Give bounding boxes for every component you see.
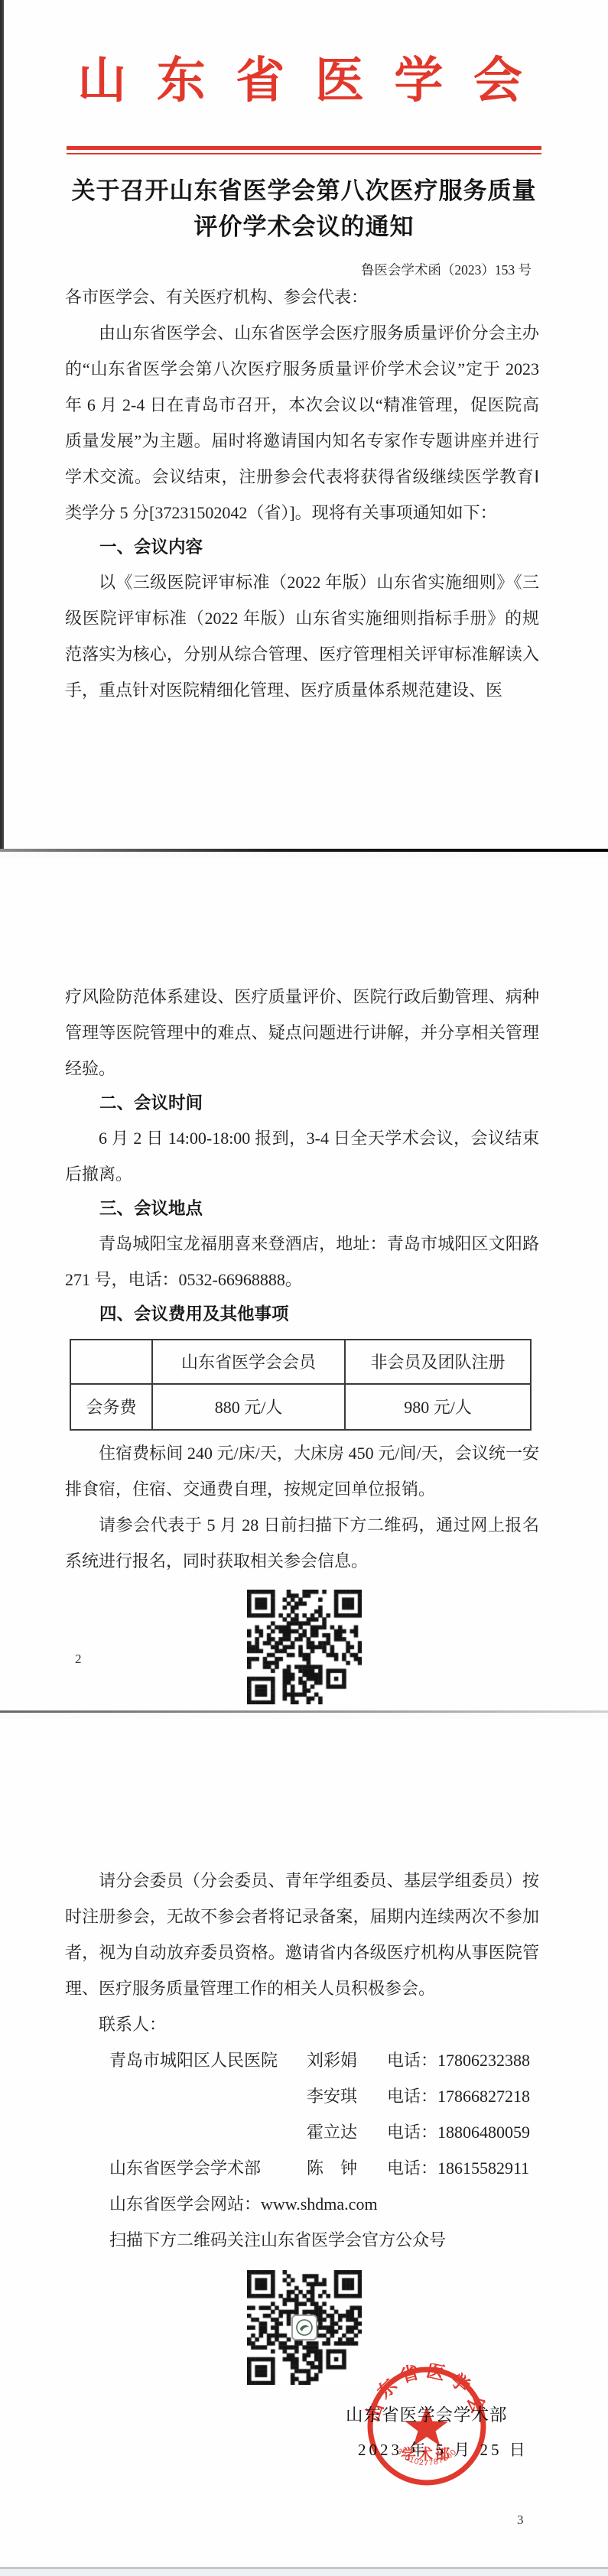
page2-body: 疗风险防范体系建设、医疗质量评价、医院行政后勤管理、病种管理等医院管理中的难点、… <box>0 858 608 1579</box>
contact-row: 李安琪 电话：17866827218 <box>65 2078 539 2114</box>
wechat-qr-caption: 扫描下方二维码关注山东省医学会官方公众号 <box>65 2222 539 2258</box>
registration-qr-code <box>247 1590 362 1704</box>
location-paragraph: 青岛城阳宝龙福朋喜来登酒店，地址：青岛市城阳区文阳路 271 号，电话：0532… <box>65 1226 539 1298</box>
contact-org: 山东省医学会学术部 <box>109 2150 307 2186</box>
time-paragraph: 6 月 2 日 14:00-18:00 报到，3-4 日全天学术会议，会议结束后… <box>65 1120 539 1192</box>
registration-paragraph: 请参会代表于 5 月 28 日前扫描下方二维码，通过网上报名系统进行报名，同时获… <box>65 1507 539 1579</box>
contact-row: 霍立达 电话：18806480059 <box>65 2114 539 2150</box>
contact-org <box>109 2078 307 2114</box>
contacts-label: 联系人： <box>65 2006 539 2042</box>
content-paragraph-part2: 疗风险防范体系建设、医疗质量评价、医院行政后勤管理、病种管理等医院管理中的难点、… <box>65 979 539 1087</box>
section2-heading: 二、会议时间 <box>65 1087 539 1120</box>
fee-table-header-row: 山东省医学会会员 非会员及团队注册 <box>70 1340 531 1384</box>
fee-table-header-nonmember: 非会员及团队注册 <box>345 1340 531 1384</box>
section4-heading: 四、会议费用及其他事项 <box>65 1298 539 1331</box>
section3-heading: 三、会议地点 <box>65 1192 539 1226</box>
page-number-3: 3 <box>517 2513 524 2528</box>
website-line: 山东省医学会网站：www.shdma.com <box>65 2186 539 2222</box>
fee-table: 山东省医学会会员 非会员及团队注册 会务费 880 元/人 980 元/人 <box>70 1339 532 1431</box>
contact-row: 山东省医学会学术部 陈 钟 电话：18615582911 <box>65 2150 539 2186</box>
official-seal: 山东省医学会 学术部 3701027787660 <box>364 2363 489 2489</box>
section1-heading: 一、会议内容 <box>65 531 539 564</box>
fee-table-row-label: 会务费 <box>70 1384 152 1430</box>
fee-table-data-row: 会务费 880 元/人 980 元/人 <box>70 1384 531 1430</box>
page1-bottom-scan-edge <box>0 849 608 852</box>
fee-table-header-member: 山东省医学会会员 <box>152 1340 345 1384</box>
contact-name: 李安琪 <box>307 2078 387 2114</box>
contact-name: 霍立达 <box>307 2114 387 2150</box>
org-emblem-icon <box>295 2318 314 2337</box>
page3-bottom-scan-edge <box>0 2567 608 2576</box>
document-title-line2: 评价学术会议的通知 <box>0 209 608 245</box>
committee-paragraph: 请分会委员（分会委员、青年学组委员、基层学组委员）按时注册参会，无故不参会者将记… <box>65 1863 539 2006</box>
page2-bottom-scan-edge <box>0 1710 608 1713</box>
contact-phone: 电话：17866827218 <box>387 2078 539 2114</box>
qr-center-logo <box>291 2315 317 2340</box>
contact-name: 陈 钟 <box>307 2150 387 2186</box>
letterhead-divider <box>67 146 541 154</box>
accommodation-paragraph: 住宿费标间 240 元/床/天，大床房 450 元/间/天，会议统一安排食宿，住… <box>65 1435 539 1507</box>
fee-table-nonmember-fee: 980 元/人 <box>345 1384 531 1430</box>
page-2: 疗风险防范体系建设、医疗质量评价、医院行政后勤管理、病种管理等医院管理中的难点、… <box>0 858 608 1713</box>
document-title-line1: 关于召开山东省医学会第八次医疗服务质量 <box>0 173 608 209</box>
page-1: 山 东 省 医 学 会 关于召开山东省医学会第八次医疗服务质量 评价学术会议的通… <box>0 0 608 852</box>
contact-phone: 电话：18806480059 <box>387 2114 539 2150</box>
page1-body: 各市医学会、有关医疗机构、参会代表： 由山东省医学会、山东省医学会医疗服务质量评… <box>0 279 608 708</box>
org-letterhead-title: 山 东 省 医 学 会 <box>0 42 608 119</box>
intro-paragraph: 由山东省医学会、山东省医学会医疗服务质量评价分会主办的“山东省医学会第八次医疗服… <box>65 315 539 531</box>
content-paragraph-part1: 以《三级医院评审标准（2022 年版）山东省实施细则》《三级医院评审标准（202… <box>65 564 539 708</box>
document-title: 关于召开山东省医学会第八次医疗服务质量 评价学术会议的通知 <box>0 173 608 245</box>
signature-date: 2023 年 5 月 25 日 <box>358 2438 528 2461</box>
contact-name: 刘彩娟 <box>307 2042 387 2078</box>
contact-org: 青岛市城阳区人民医院 <box>109 2042 307 2078</box>
registration-qr-code-image <box>247 1590 362 1704</box>
contact-phone: 电话：17806232388 <box>387 2042 539 2078</box>
salutation: 各市医学会、有关医疗机构、参会代表： <box>65 279 539 315</box>
document-reference-number: 鲁医会学术函（2023）153 号 <box>0 260 608 279</box>
contact-row: 青岛市城阳区人民医院 刘彩娟 电话：17806232388 <box>65 2042 539 2078</box>
page-number-2: 2 <box>75 1652 82 1667</box>
scanned-notice-document: 山 东 省 医 学 会 关于召开山东省医学会第八次医疗服务质量 评价学术会议的通… <box>0 0 608 2576</box>
contact-phone: 电话：18615582911 <box>387 2150 539 2186</box>
signature-org: 山东省医学会学术部 <box>346 2402 508 2426</box>
contact-org <box>109 2114 307 2150</box>
page3-body: 请分会委员（分会委员、青年学组委员、基层学组委员）按时注册参会，无故不参会者将记… <box>0 1719 608 2258</box>
page-3: 请分会委员（分会委员、青年学组委员、基层学组委员）按时注册参会，无故不参会者将记… <box>0 1719 608 2576</box>
letterhead-divider-thin-line <box>67 153 541 154</box>
official-seal-graphic: 山东省医学会 学术部 3701027787660 <box>364 2363 489 2489</box>
scan-edge-shadow-left <box>0 0 4 852</box>
letterhead-divider-thick-line <box>67 146 541 150</box>
fee-table-header-empty <box>70 1340 152 1384</box>
fee-table-member-fee: 880 元/人 <box>152 1384 345 1430</box>
wechat-qr-code <box>247 2270 362 2385</box>
